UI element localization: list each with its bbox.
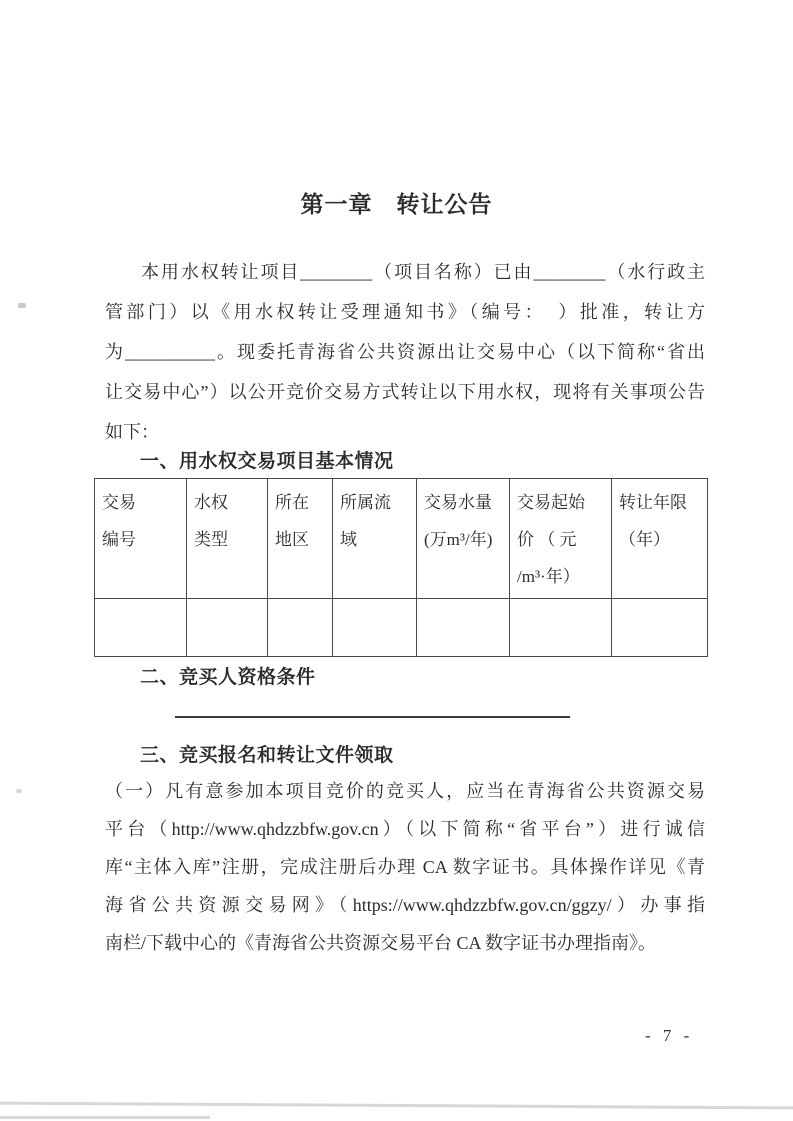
intro-line: 管部门）以《用水权转让受理通知书》（编号： ）批准，转让方 xyxy=(105,292,705,332)
body-paragraph: （一）凡有意参加本项目竞价的竞买人，应当在青海省公共资源交易 平台（http:/… xyxy=(105,772,705,962)
body-line: 库“主体入库”注册，完成注册后办理 CA 数字证书。具体操作详见《青 xyxy=(105,848,705,886)
table-empty-row xyxy=(95,599,708,657)
scan-edge-shadow xyxy=(0,1102,793,1109)
intro-line: 让交易中心”）以公开竞价交易方式转让以下用水权，现将有关事项公告 xyxy=(105,372,705,412)
body-line: 南栏/下载中心的《青海省公共资源交易平台 CA 数字证书办理指南》。 xyxy=(105,924,705,962)
table-header-basin: 所属流 域 xyxy=(333,479,417,599)
page-number: - 7 - xyxy=(645,1026,693,1046)
body-line: 海省公共资源交易网》（https://www.qhdzzbfw.gov.cn/g… xyxy=(105,886,705,924)
table-header-water-right-type: 水权 类型 xyxy=(187,479,268,599)
table-empty-cell xyxy=(268,599,333,657)
scan-edge-smudge xyxy=(0,1116,210,1119)
table-empty-cell xyxy=(612,599,708,657)
table-empty-cell xyxy=(333,599,417,657)
intro-paragraph: 本用水权转让项目________（项目名称）已由________（水行政主 管部… xyxy=(105,252,705,452)
table-header-region: 所在 地区 xyxy=(268,479,333,599)
table-empty-cell xyxy=(187,599,268,657)
scan-artifact-speck xyxy=(18,303,26,308)
table-header-row: 交易 编号 水权 类型 所在 地区 所属流 域 交易水量 (万m³/年) 交易起… xyxy=(95,479,708,599)
body-line: 平台（http://www.qhdzzbfw.gov.cn）（以下简称“省平台”… xyxy=(105,810,705,848)
section-2-heading: 二、竞买人资格条件 xyxy=(140,662,316,689)
chapter-title: 第一章 转让公告 xyxy=(0,186,793,219)
intro-line: 本用水权转让项目________（项目名称）已由________（水行政主 xyxy=(105,252,705,292)
scanned-document-page: 第一章 转让公告 本用水权转让项目________（项目名称）已由_______… xyxy=(0,0,793,1121)
fill-in-blank-line xyxy=(175,700,570,718)
project-info-table: 交易 编号 水权 类型 所在 地区 所属流 域 交易水量 (万m³/年) 交易起… xyxy=(94,478,708,657)
body-line: （一）凡有意参加本项目竞价的竞买人，应当在青海省公共资源交易 xyxy=(105,772,705,810)
section-3-heading: 三、竞买报名和转让文件领取 xyxy=(140,740,394,767)
table-header-starting-price: 交易起始 价 （ 元 /m³·年） xyxy=(510,479,612,599)
intro-line: 为__________。现委托青海省公共资源出让交易中心（以下简称“省出 xyxy=(105,332,705,372)
scan-artifact-speck xyxy=(16,789,22,793)
table-empty-cell xyxy=(417,599,510,657)
table-header-transfer-term: 转让年限 （年） xyxy=(612,479,708,599)
section-1-heading: 一、用水权交易项目基本情况 xyxy=(140,446,394,473)
table-header-transaction-id: 交易 编号 xyxy=(95,479,187,599)
table-empty-cell xyxy=(510,599,612,657)
table-empty-cell xyxy=(95,599,187,657)
table-header-water-volume: 交易水量 (万m³/年) xyxy=(417,479,510,599)
